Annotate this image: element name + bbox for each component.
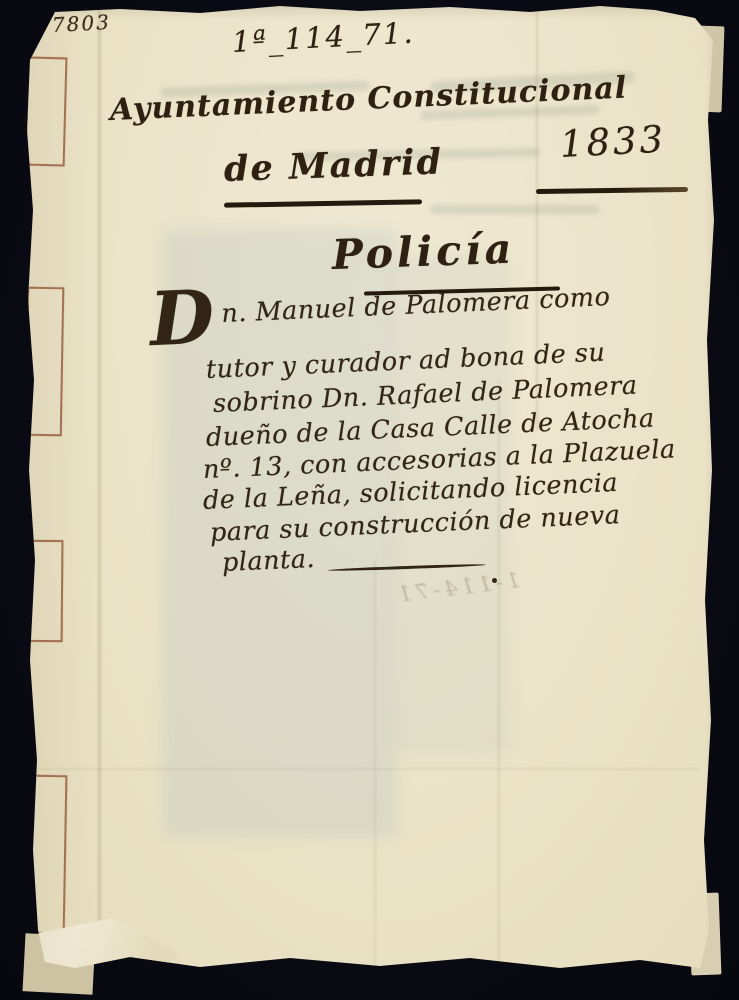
institution-heading-line2: de Madrid: [223, 142, 443, 190]
binding-stitch: [25, 56, 68, 166]
binding-stitch: [27, 775, 68, 935]
binding-stitch: [26, 540, 64, 642]
manuscript-page: 7803 1ª_114_71. Ayuntamiento Constitucio…: [0, 0, 739, 1000]
body-text-line: planta.: [221, 545, 315, 578]
binding-stitch: [25, 287, 65, 437]
year-annotation: 1833: [559, 118, 667, 166]
file-reference-number: 1ª_114_71.: [231, 16, 415, 59]
year-underline: [536, 187, 688, 194]
vertical-fold-crease: [98, 0, 101, 1000]
institution-heading-line1: Ayuntamiento Constitucional: [109, 71, 628, 128]
heading-underline: [224, 199, 422, 207]
horizontal-fold-crease: [40, 768, 700, 770]
vertical-fold-crease: [374, 560, 376, 1000]
archival-note: 7803: [51, 11, 111, 37]
verso-ghost-text-line: [430, 205, 600, 214]
photograph-background: 7803 1ª_114_71. Ayuntamiento Constitucio…: [0, 0, 739, 1000]
section-title: Policía: [331, 226, 516, 280]
